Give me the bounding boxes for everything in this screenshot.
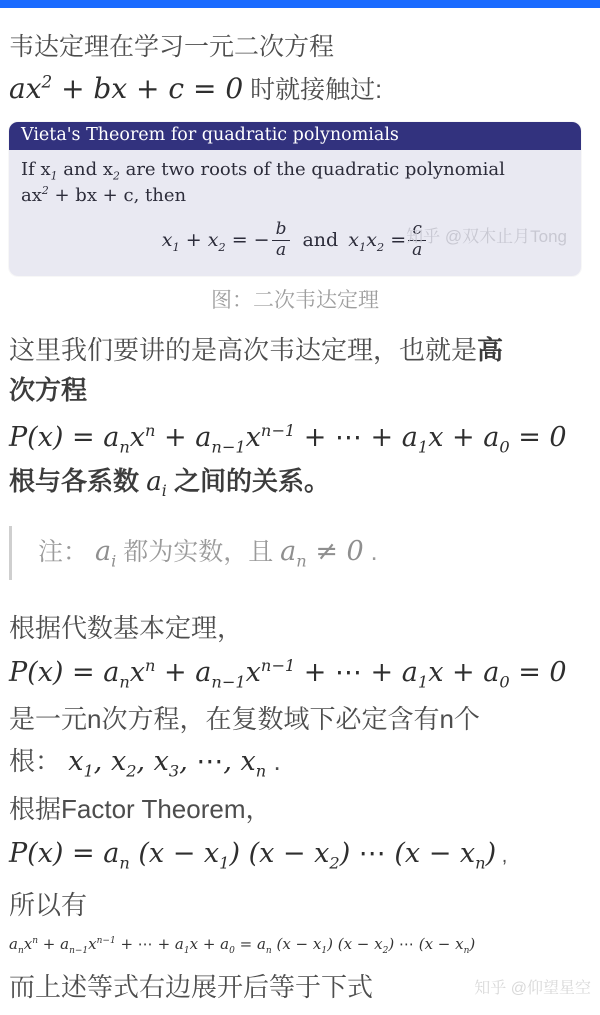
- relation-paragraph: 根与各系数 ai 之间的关系。: [9, 461, 591, 502]
- note-blockquote: 注： ai 都为实数，且 an ≠ 0 .: [9, 526, 591, 580]
- theorem-box: Vieta's Theorem for quadratic polynomial…: [9, 122, 581, 276]
- expanded-equation: anxn + an−1xn−1 + ⋯ + a1x + a0 = an (x −…: [9, 929, 591, 959]
- note-mid: 都为实数，且: [116, 538, 280, 566]
- and-connector: and: [302, 227, 338, 253]
- figure-caption: 图：二次韦达定理: [9, 288, 581, 314]
- top-accent-bar: [0, 0, 600, 8]
- n-roots-line1: 是一元n次方程，在复数域下必定含有n个: [9, 704, 480, 734]
- article-body: 韦达定理在学习一元二次方程 ax2 + bx + c = 0 时就接触过: Vi…: [0, 28, 600, 1007]
- sum-lhs: x1 + x2 = −: [162, 227, 270, 253]
- n-roots-paragraph: 是一元n次方程，在复数域下必定含有n个 根： x1, x2, x3, ⋯, xn…: [9, 698, 591, 783]
- polynomial-equation: P(x) = anxn + an−1xn−1 + ⋯ + a1x + a0 = …: [9, 415, 591, 461]
- high-degree-bold-b: 次方程: [9, 375, 87, 405]
- note-end: .: [364, 538, 378, 566]
- fundamental-theorem-paragraph: 根据代数基本定理，: [9, 608, 591, 648]
- coefficient-ai: ai: [146, 467, 167, 497]
- factored-equation: P(x) = an (x − x1) (x − x2) ⋯ (x − xn): [9, 838, 496, 869]
- n-roots-line2-prefix: 根：: [9, 746, 68, 776]
- intro-suffix: 时就接触过:: [243, 76, 382, 104]
- quadratic-equation-inline: ax2 + bx + c = 0: [9, 72, 243, 105]
- figure-watermark: 知乎 @双木止月Tong: [406, 224, 567, 250]
- final-text: 而上述等式右边展开后等于下式: [9, 967, 373, 1007]
- relation-prefix: 根与各系数: [9, 466, 146, 496]
- relation-suffix: 之间的关系。: [167, 466, 330, 496]
- note-math-ai: ai: [95, 536, 116, 567]
- theorem-figure[interactable]: Vieta's Theorem for quadratic polynomial…: [9, 122, 581, 314]
- factored-equation-line: P(x) = an (x − x1) (x − x2) ⋯ (x − xn) ,: [9, 830, 591, 879]
- note-label: 注：: [38, 538, 95, 566]
- high-degree-bold-a: 高: [477, 335, 503, 365]
- high-degree-paragraph: 这里我们要讲的是高次韦达定理，也就是高 次方程: [9, 330, 591, 410]
- theorem-body-line2: ax2 + bx + c, then: [21, 185, 186, 206]
- roots-list: x1, x2, x3, ⋯, xn: [68, 746, 266, 777]
- bottom-watermark: 知乎 @仰望星空: [474, 975, 591, 998]
- factor-theorem-paragraph: 根据Factor Theorem，: [9, 789, 591, 829]
- fraction-b-over-a: b a: [272, 221, 291, 260]
- product-lhs: x1x2 =: [348, 227, 406, 253]
- factored-comma: ,: [496, 845, 507, 867]
- intro-line1: 韦达定理在学习一元二次方程: [9, 33, 334, 61]
- note-math-an: an ≠ 0: [280, 536, 364, 567]
- n-roots-end: .: [266, 746, 280, 776]
- final-paragraph-row: 而上述等式右边展开后等于下式 知乎 @仰望星空: [9, 967, 591, 1007]
- theorem-box-title: Vieta's Theorem for quadratic polynomial…: [9, 122, 581, 150]
- theorem-body-line1: If x1 and x2 are two roots of the quadra…: [21, 159, 505, 180]
- polynomial-equation-repeat: P(x) = anxn + an−1xn−1 + ⋯ + a1x + a0 = …: [9, 650, 591, 696]
- high-degree-normal: 这里我们要讲的是高次韦达定理，也就是: [9, 335, 477, 365]
- so-we-have-paragraph: 所以有: [9, 885, 591, 925]
- intro-paragraph: 韦达定理在学习一元二次方程 ax2 + bx + c = 0 时就接触过:: [9, 28, 591, 112]
- theorem-box-body: If x1 and x2 are two roots of the quadra…: [9, 150, 581, 276]
